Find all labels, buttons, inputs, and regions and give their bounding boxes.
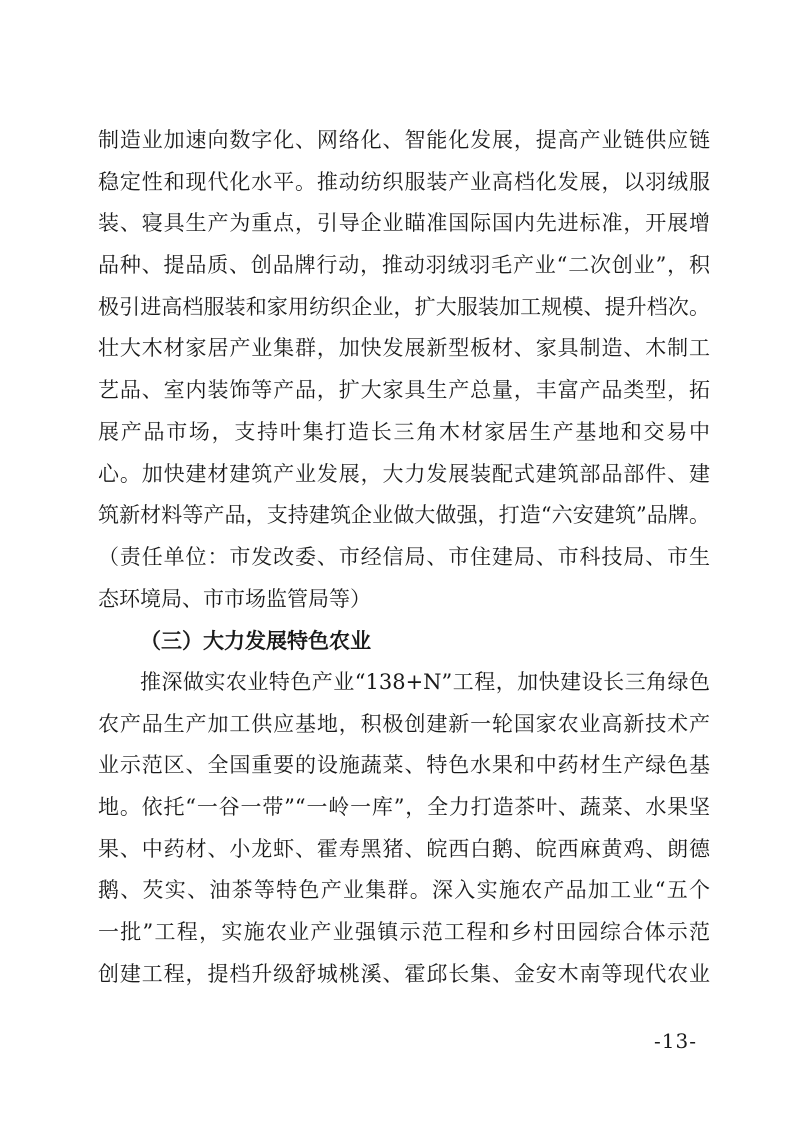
text-line: 业示范区、全国重要的设施蔬菜、特色水果和中药材生产绿色基 (98, 745, 710, 787)
text-line: 制造业加速向数字化、网络化、智能化发展，提高产业链供应链 (98, 120, 710, 162)
text-line: 地。依托“一谷一带”“一岭一库”，全力打造茶叶、蔬菜、水果坚 (98, 787, 710, 829)
text-line: 果、中药材、小龙虾、霍寿黑猪、皖西白鹅、皖西麻黄鸡、朗德 (98, 829, 710, 871)
text-line: 创建工程，提档升级舒城桃溪、霍邱长集、金安木南等现代农业 (98, 954, 710, 996)
document-page: 制造业加速向数字化、网络化、智能化发展，提高产业链供应链 稳定性和现代化水平。推… (0, 0, 793, 1122)
text-line: 装、寝具生产为重点，引导企业瞄准国际国内先进标准，开展增 (98, 203, 710, 245)
text-line: 壮大木材家居产业集群，加快发展新型板材、家具制造、木制工 (98, 328, 710, 370)
text-line: 极引进高档服装和家用纺织企业，扩大服装加工规模、提升档次。 (98, 287, 710, 329)
text-line: 展产品市场，支持叶集打造长三角木材家居生产基地和交易中 (98, 412, 710, 454)
text-line: 农产品生产加工供应基地，积极创建新一轮国家农业高新技术产 (98, 704, 710, 746)
text-line: 态环境局、市市场监管局等） (98, 579, 710, 621)
text-line: 心。加快建材建筑产业发展，大力发展装配式建筑部品部件、建 (98, 454, 710, 496)
text-line: （责任单位：市发改委、市经信局、市住建局、市科技局、市生 (98, 537, 710, 579)
text-line: 一批”工程，实施农业产业强镇示范工程和乡村田园综合体示范 (98, 912, 710, 954)
text-line: 艺品、室内装饰等产品，扩大家具生产总量，丰富产品类型，拓 (98, 370, 710, 412)
text-line: 稳定性和现代化水平。推动纺织服装产业高档化发展，以羽绒服 (98, 162, 710, 204)
text-line: 品种、提品质、创品牌行动，推动羽绒羽毛产业“二次创业”，积 (98, 245, 710, 287)
paragraph: 推深做实农业特色产业“138+N”工程，加快建设长三角绿色 农产品生产加工供应基… (98, 662, 710, 996)
text-line: 推深做实农业特色产业“138+N”工程，加快建设长三角绿色 (98, 662, 710, 704)
section-heading: （三）大力发展特色农业 (98, 620, 710, 662)
text-line: 筑新材料等产品，支持建筑企业做大做强，打造“六安建筑”品牌。 (98, 495, 710, 537)
body-text: 制造业加速向数字化、网络化、智能化发展，提高产业链供应链 稳定性和现代化水平。推… (98, 120, 710, 995)
text-line: 鹅、芡实、油茶等特色产业集群。深入实施农产品加工业“五个 (98, 870, 710, 912)
page-number: -13- (654, 1028, 697, 1054)
paragraph-continuation: 制造业加速向数字化、网络化、智能化发展，提高产业链供应链 稳定性和现代化水平。推… (98, 120, 710, 620)
